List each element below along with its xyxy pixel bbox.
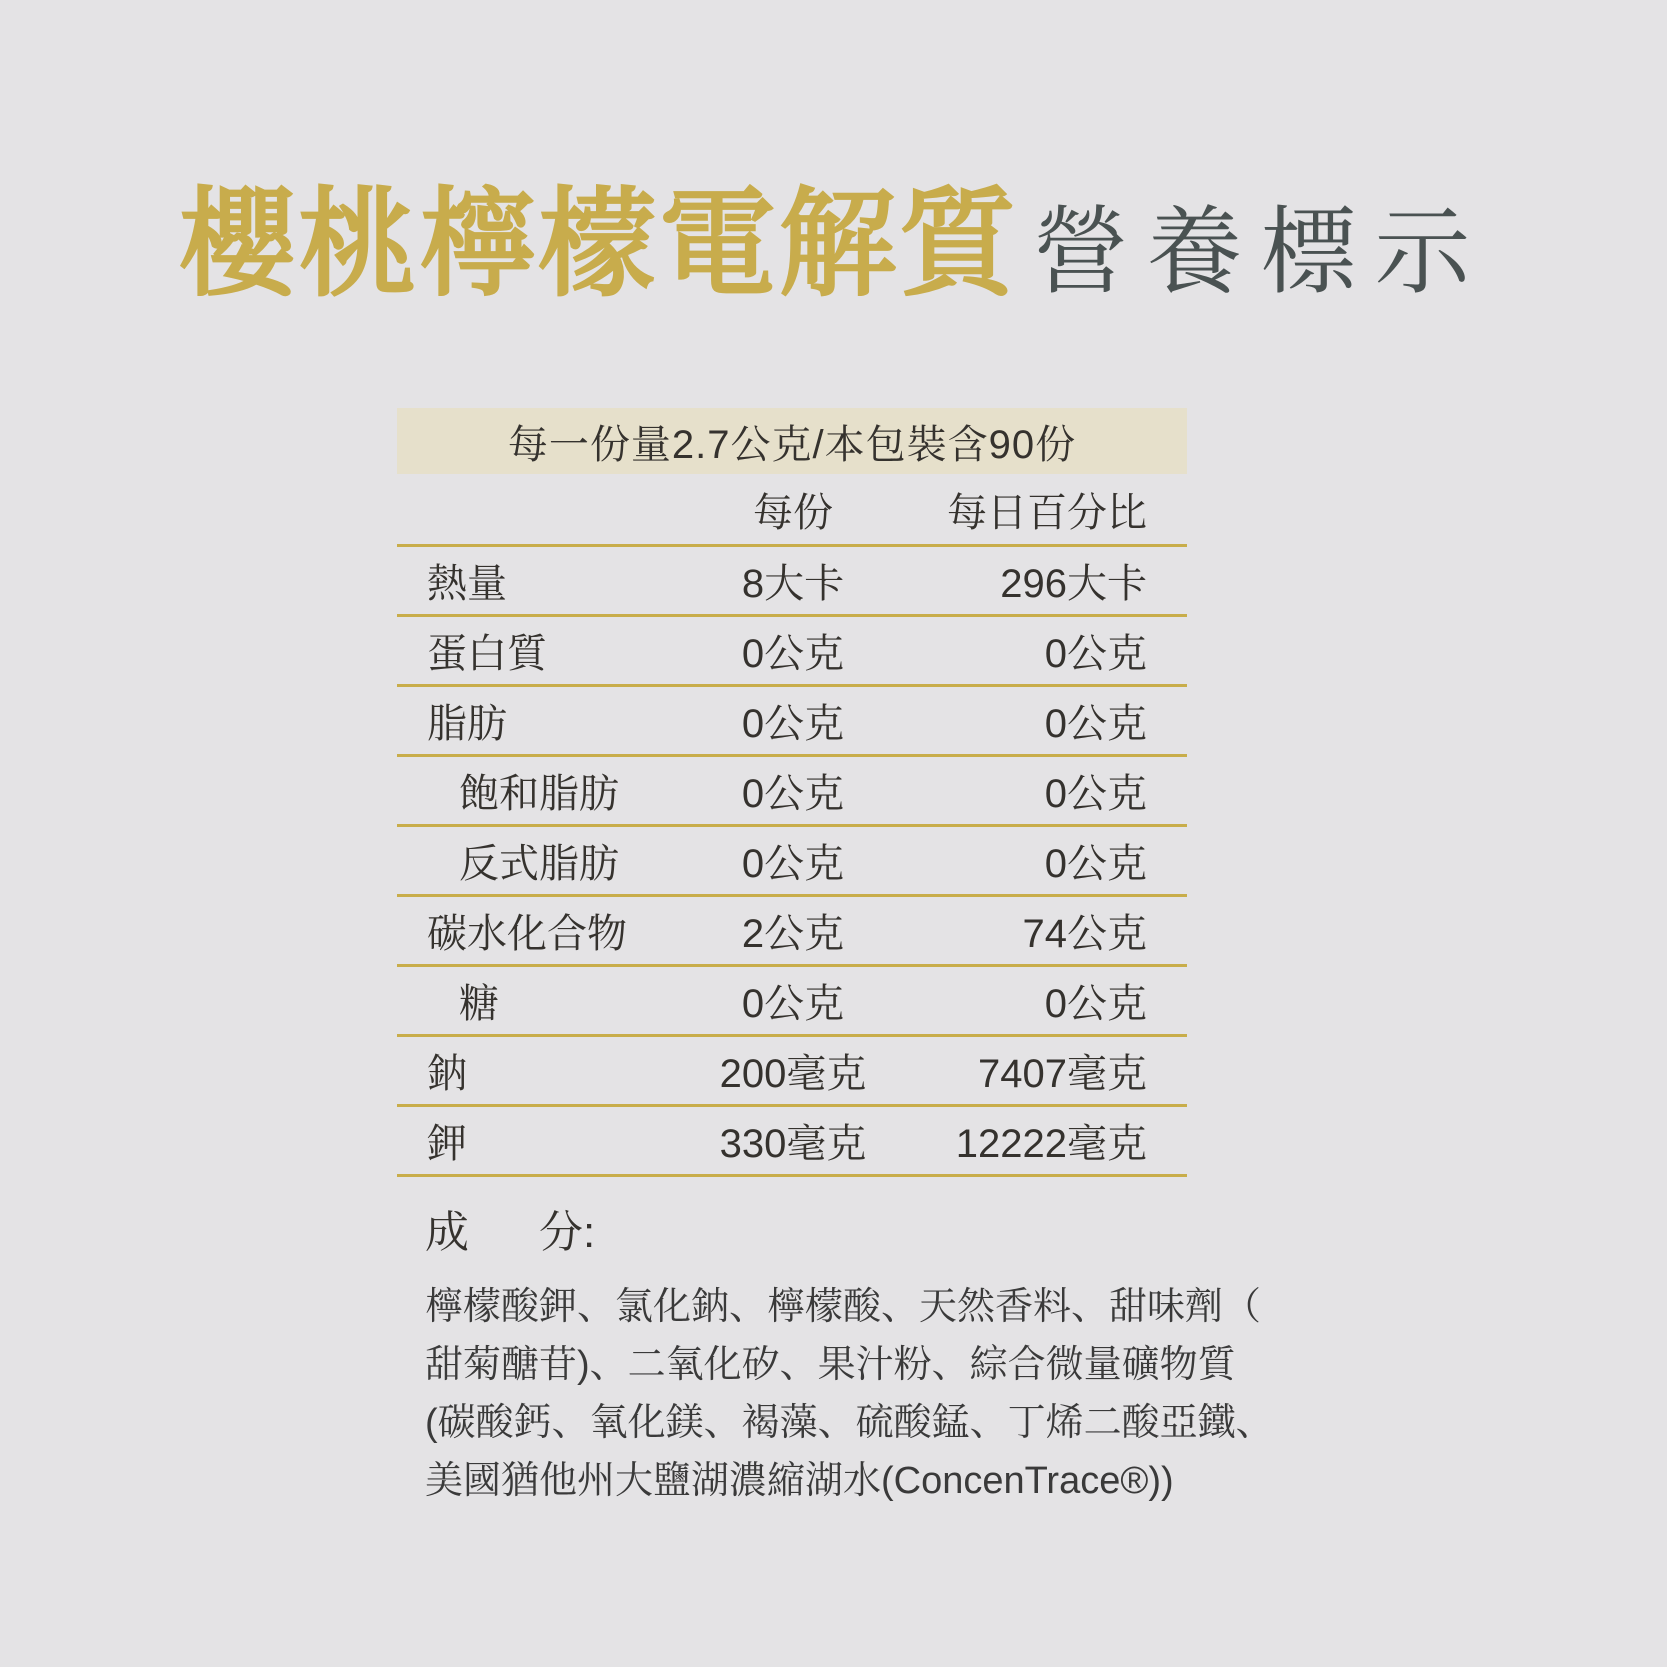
row-per-serving-value: 2公克 — [653, 902, 933, 959]
row-per-serving-value: 200毫克 — [653, 1042, 933, 1099]
ingredients-section: 成 分: 檸檬酸鉀、氯化鈉、檸檬酸、天然香料、甜味劑（ 甜菊醣苷)、二氧化矽、果… — [425, 1196, 1225, 1510]
row-label: 飽和脂肪 — [397, 762, 653, 819]
serving-info-text: 每一份量2.7公克/本包裝含90份 — [508, 413, 1076, 470]
row-daily-value: 74公克 — [933, 902, 1187, 959]
row-daily-value: 0公克 — [933, 972, 1187, 1029]
row-label: 脂肪 — [397, 692, 653, 749]
table-column-header: 每份 每日百分比 — [397, 474, 1187, 547]
row-label: 蛋白質 — [397, 622, 653, 679]
row-daily-value: 0公克 — [933, 832, 1187, 889]
serving-info-bar: 每一份量2.7公克/本包裝含90份 — [397, 408, 1187, 474]
page-title: 櫻桃檸檬電解質 營養標示 — [0, 186, 1667, 304]
row-daily-value: 12222毫克 — [933, 1112, 1187, 1169]
row-label: 反式脂肪 — [397, 832, 653, 889]
row-label: 熱量 — [397, 552, 653, 609]
column-header-daily-percent: 每日百分比 — [933, 481, 1187, 538]
ingredients-heading-part1: 成 — [425, 1196, 469, 1260]
ingredients-line: 甜菊醣苷)、二氧化矽、果汁粉、綜合微量礦物質 — [425, 1336, 1225, 1394]
row-label: 糖 — [397, 972, 653, 1029]
table-row-sugar: 糖 0公克 0公克 — [397, 967, 1187, 1037]
row-per-serving-value: 0公克 — [653, 832, 933, 889]
row-daily-value: 0公克 — [933, 762, 1187, 819]
product-name-title: 櫻桃檸檬電解質 — [178, 186, 1018, 304]
ingredients-heading: 成 分: — [425, 1196, 1225, 1260]
row-per-serving-value: 0公克 — [653, 762, 933, 819]
table-row-trans-fat: 反式脂肪 0公克 0公克 — [397, 827, 1187, 897]
nutrition-label-page: 櫻桃檸檬電解質 營養標示 每一份量2.7公克/本包裝含90份 每份 每日百分比 … — [0, 0, 1667, 1667]
row-label: 碳水化合物 — [397, 902, 653, 959]
column-header-per-serving: 每份 — [653, 481, 933, 538]
table-row-carbohydrate: 碳水化合物 2公克 74公克 — [397, 897, 1187, 967]
table-row-sodium: 鈉 200毫克 7407毫克 — [397, 1037, 1187, 1107]
table-row-calories: 熱量 8大卡 296大卡 — [397, 547, 1187, 617]
row-daily-value: 296大卡 — [933, 552, 1187, 609]
table-row-fat: 脂肪 0公克 0公克 — [397, 687, 1187, 757]
nutrition-facts-title: 營養標示 — [1033, 205, 1489, 301]
table-row-protein: 蛋白質 0公克 0公克 — [397, 617, 1187, 687]
ingredients-line: 檸檬酸鉀、氯化鈉、檸檬酸、天然香料、甜味劑（ — [425, 1278, 1225, 1336]
table-row-potassium: 鉀 330毫克 12222毫克 — [397, 1107, 1187, 1177]
row-per-serving-value: 8大卡 — [653, 552, 933, 609]
row-label: 鈉 — [397, 1042, 653, 1099]
table-row-saturated-fat: 飽和脂肪 0公克 0公克 — [397, 757, 1187, 827]
nutrition-table: 每一份量2.7公克/本包裝含90份 每份 每日百分比 熱量 8大卡 296大卡 … — [397, 408, 1187, 1177]
row-daily-value: 7407毫克 — [933, 1042, 1187, 1099]
ingredients-text: 檸檬酸鉀、氯化鈉、檸檬酸、天然香料、甜味劑（ 甜菊醣苷)、二氧化矽、果汁粉、綜合… — [425, 1278, 1225, 1510]
row-label: 鉀 — [397, 1112, 653, 1169]
ingredients-line: 美國猶他州大鹽湖濃縮湖水(ConcenTrace®)) — [425, 1452, 1225, 1510]
ingredients-line: (碳酸鈣、氧化鎂、褐藻、硫酸錳、丁烯二酸亞鐵、 — [425, 1394, 1225, 1452]
row-daily-value: 0公克 — [933, 692, 1187, 749]
row-per-serving-value: 0公克 — [653, 692, 933, 749]
row-per-serving-value: 330毫克 — [653, 1112, 933, 1169]
ingredients-heading-part2: 分: — [539, 1196, 595, 1260]
row-per-serving-value: 0公克 — [653, 622, 933, 679]
row-per-serving-value: 0公克 — [653, 972, 933, 1029]
row-daily-value: 0公克 — [933, 622, 1187, 679]
